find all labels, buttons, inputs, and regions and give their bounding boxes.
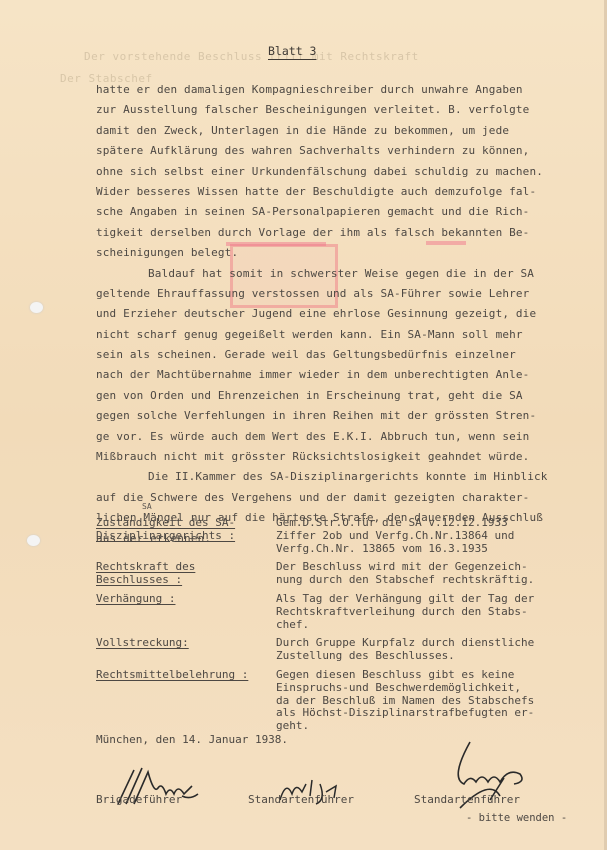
body-line: spätere Aufklärung des wahren Sachverhal… — [96, 141, 596, 161]
provision-label: Rechtsmittelbelehrung : — [96, 669, 276, 733]
bleed-through-line: Der vorstehende Beschluss tritt mit Rech… — [84, 50, 419, 63]
body-text: hatte er den damaligen Kompagnieschreibe… — [96, 80, 596, 549]
punch-hole-bottom — [27, 535, 40, 546]
body-line: ge vor. Es würde auch dem Wert des E.K.I… — [96, 427, 596, 447]
body-line: Mißbrauch nicht mit grösster Rücksichtsl… — [96, 447, 596, 467]
body-line: und Erzieher deutscher Jugend eine ehrlo… — [96, 304, 596, 324]
body-line: Die II.Kammer des SA-Disziplinargerichts… — [96, 467, 596, 487]
body-line: Baldauf hat somit in schwerster Weise ge… — [96, 264, 596, 284]
body-line: nicht scharf genug gegeißelt werden kann… — [96, 325, 596, 345]
body-line: zur Ausstellung falscher Bescheinigungen… — [96, 100, 596, 120]
signatory-rank: Standartenführer — [248, 793, 354, 806]
provision-row: Rechtskraft des Beschlusses : Der Beschl… — [96, 561, 596, 587]
body-line: sein als scheinen. Gerade weil das Geltu… — [96, 345, 596, 365]
body-line: damit den Zweck, Unterlagen in die Hände… — [96, 121, 596, 141]
punch-hole-top — [30, 302, 43, 313]
page-label: Blatt 3 — [268, 44, 316, 58]
provision-label: Verhängung : — [96, 593, 276, 631]
signatory-rank: Brigadeführer — [96, 793, 182, 806]
provision-value: Der Beschluss wird mit der Gegenzeich- n… — [276, 561, 596, 587]
provisions-table: Zuständigkeit des SA- Disziplinargericht… — [96, 517, 596, 739]
provision-row: Zuständigkeit des SA- Disziplinargericht… — [96, 517, 596, 555]
provision-value: Durch Gruppe Kurpfalz durch dienstliche … — [276, 637, 596, 663]
body-line: geltende Ehrauffassung verstossen und al… — [96, 284, 596, 304]
body-line: gegen solche Verfehlungen in ihren Reihe… — [96, 406, 596, 426]
provision-label: Zuständigkeit des SA- Disziplinargericht… — [96, 517, 276, 555]
body-line: sche Angaben in seinen SA-Personalpapier… — [96, 202, 596, 222]
provision-row: Vollstreckung: Durch Gruppe Kurpfalz dur… — [96, 637, 596, 663]
provision-value: Gegen diesen Beschluss gibt es keine Ein… — [276, 669, 596, 733]
document-page: Der vorstehende Beschluss tritt mit Rech… — [0, 0, 607, 850]
provision-label: Rechtskraft des Beschlusses : — [96, 561, 276, 587]
handwritten-insert: SA — [142, 502, 152, 511]
provision-value: Gem.D.Str.O.für die SA v.12.12.1933 Ziff… — [276, 517, 596, 555]
place-date: München, den 14. Januar 1938. — [96, 733, 288, 746]
body-line: gen von Orden und Ehrenzeichen in Ersche… — [96, 386, 596, 406]
provision-row: Verhängung : Als Tag der Verhängung gilt… — [96, 593, 596, 631]
provision-row: Rechtsmittelbelehrung : Gegen diesen Bes… — [96, 669, 596, 733]
body-line: nach der Machtübernahme immer wieder in … — [96, 365, 596, 385]
body-line: hatte er den damaligen Kompagnieschreibe… — [96, 80, 596, 100]
body-line: scheinigungen belegt. — [96, 243, 596, 263]
body-line: Wider besseres Wissen hatte der Beschuld… — [96, 182, 596, 202]
please-turn-over: - bitte wenden - — [466, 812, 567, 824]
provision-value: Als Tag der Verhängung gilt der Tag der … — [276, 593, 596, 631]
body-line: auf die Schwere des Vergehens und der da… — [96, 488, 596, 508]
body-line: tigkeit derselben durch Vorlage der ihm … — [96, 223, 596, 243]
provision-label: Vollstreckung: — [96, 637, 276, 663]
signatory-rank: Standartenführer — [414, 793, 520, 806]
body-line: ohne sich selbst einer Urkundenfälschung… — [96, 162, 596, 182]
